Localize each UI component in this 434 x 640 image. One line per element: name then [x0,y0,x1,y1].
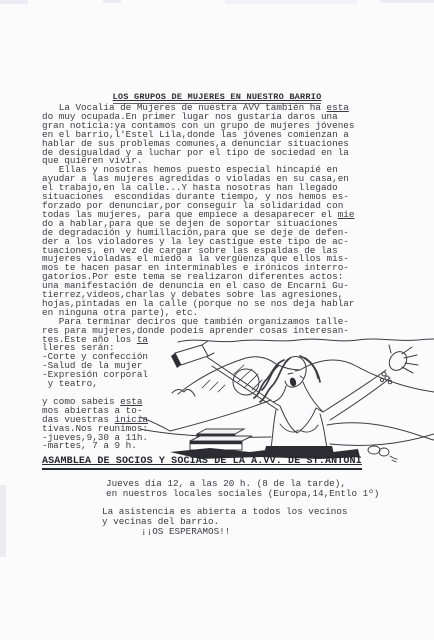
scan-artifact [0,0,28,4]
closing-text: La asistencia es abierta a todos los vec… [102,507,347,538]
sun-icon [233,365,262,395]
scanned-flyer-page: LOS GRUPOS DE MUJERES EN NUESTRO BARRIO … [0,0,434,640]
scan-artifact [103,0,121,3]
text-line: en nuestros locales sociales (Europa,14,… [106,489,379,499]
horizon-line [178,339,434,342]
assembly-heading: ASAMBLEA DE SOCIOS Y SOCIAS DE LA A.VV. … [42,456,362,470]
woman-figure [140,341,434,448]
scan-artifact [0,485,6,557]
meeting-info: Jueves día 12, a las 20 h. (8 de la tard… [106,479,379,500]
signature-doodle [368,446,397,462]
page-title: LOS GRUPOS DE MUJERES EN NUESTRO BARRIO [0,92,434,102]
scan-artifact [225,0,357,4]
woman-celebration-illustration [140,330,434,470]
bird-icon [172,389,195,396]
scan-artifact [380,0,434,3]
books-stack [190,429,252,450]
text-line: ¡¡OS ESPERAMOS!! [102,527,347,537]
